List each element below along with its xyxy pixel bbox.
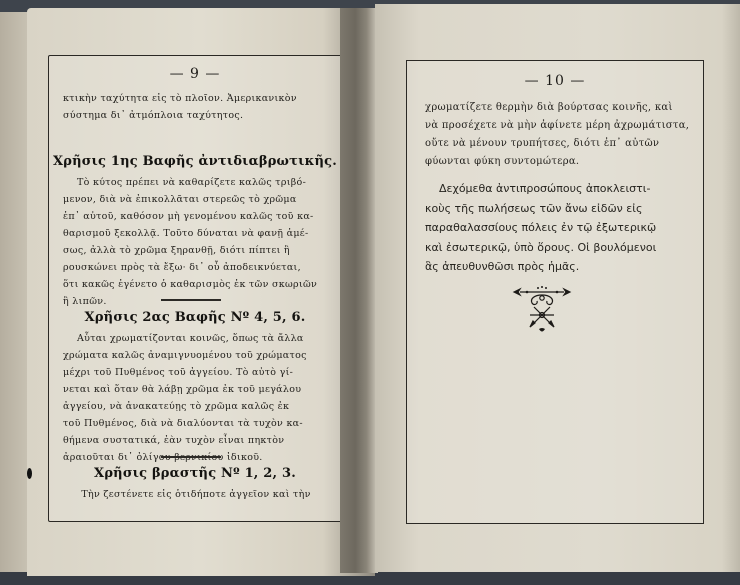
text-line: ἀραιοῦται δι᾽ ὀλίγου βερνικίου ἰδικοῦ. <box>63 449 329 466</box>
section-heading: Χρῆσις 1ης Βαφῆς ἀντιδιαβρωτικῆς. <box>49 154 341 169</box>
page-number: — 10 — <box>407 73 703 89</box>
text-line: σύστημα δι᾽ ἀτμόπλοια ταχύτητος. <box>63 107 329 124</box>
text-line: ἢ λιπῶν. <box>63 293 329 310</box>
text-line: νεται καὶ ὅταν θὰ λάβῃ χρῶμα ἐκ τοῦ μεγά… <box>63 381 329 398</box>
text-line: κοὺς τῆς πωλήσεως τῶν ἄνω εἰδῶν εἰς <box>425 199 689 219</box>
text-line: τοῦ Πυθμένος, διὰ νὰ διαλύονται τὰ τυχὸν… <box>63 415 329 432</box>
ink-mark <box>27 468 32 479</box>
left-page-frame: — 9 — κτικὴν ταχύτητα εἰς τὸ πλοῖον. Ἀμε… <box>48 55 342 522</box>
text-line: θαρισμοῦ ξεκολλᾷ. Τοῦτο δύναται νὰ φανῇ … <box>63 225 329 242</box>
text-line: Αὗται χρωματίζονται κοινῶς, ὅπως τὰ ἄλλα <box>63 330 329 347</box>
text-line: ἐπ᾽ αὐτοῦ, καθόσον μὴ γενομένου καλῶς το… <box>63 208 329 225</box>
text-line: ρουσκώνει πρὸς τὰ ἔξω· δι᾽ οὗ ἀποδεικνύε… <box>63 259 329 276</box>
text-line: καὶ ἐσωτερικῷ, ὑπὸ ὅρους. Οἱ βουλόμενοι <box>425 238 689 258</box>
text-line: μενον, διὰ νὰ ἐπικολλᾶται στερεῶς τὸ χρῶ… <box>63 191 329 208</box>
fleuron-ornament-icon <box>512 283 572 335</box>
text-line: μέχρι τοῦ Πυθμένος τοῦ ἀγγείου. Τὸ αὐτὸ … <box>63 364 329 381</box>
section-body: Τὸ κύτος πρέπει νὰ καθαρίζετε καλῶς τριβ… <box>63 174 329 310</box>
section-divider <box>161 456 221 458</box>
text-line: Τὸ κύτος πρέπει νὰ καθαρίζετε καλῶς τριβ… <box>63 174 329 191</box>
text-line: ἃς ἀπευθυνθῶσι πρὸς ἡμᾶς. <box>425 257 689 277</box>
text-line: οὔτε νὰ μένουν τρυπήτσες, διότι ἐπ᾽ αὐτῶ… <box>425 135 687 153</box>
section-divider <box>161 299 221 301</box>
section-body: Αὗται χρωματίζονται κοινῶς, ὅπως τὰ ἄλλα… <box>63 330 329 466</box>
continuation-text: κτικὴν ταχύτητα εἰς τὸ πλοῖον. Ἀμερικανι… <box>63 90 329 124</box>
section-heading: Χρῆσις βραστῆς Nº 1, 2, 3. <box>49 466 341 481</box>
text-line: χρώματα καλῶς ἀναμιγνυομένου τοῦ χρώματο… <box>63 347 329 364</box>
text-line: φύωνται φύκη συντομώτερα. <box>425 153 687 171</box>
page-number: — 9 — <box>49 66 341 82</box>
section-body: Τὴν ζεστένετε εἰς ὁτιδήποτε ἀγγεῖον καὶ … <box>63 486 329 503</box>
text-line: νὰ προσέχετε νὰ μὴν ἀφίνετε μέρη ἀχρωμάτ… <box>425 117 687 135</box>
text-line: σως, ἀλλὰ τὸ χρῶμα ξηρανθῇ, διότι πίπτει… <box>63 242 329 259</box>
section-heading: Χρῆσις 2ας Βαφῆς Nº 4, 5, 6. <box>49 310 341 325</box>
book-gutter <box>340 8 378 573</box>
text-line: χρωματίζετε θερμὴν διὰ βούρτσας κοινῆς, … <box>425 99 687 117</box>
representatives-notice: Δεχόμεθα ἀντιπροσώπους ἀποκλειστι- κοὺς … <box>425 179 689 277</box>
text-line: ὅτι κακῶς ἐγένετο ὁ καθαρισμὸς ἐκ τῶν σκ… <box>63 276 329 293</box>
text-line: κτικὴν ταχύτητα εἰς τὸ πλοῖον. Ἀμερικανι… <box>63 90 329 107</box>
text-line: Δεχόμεθα ἀντιπροσώπους ἀποκλειστι- <box>425 179 689 199</box>
continuation-text: χρωματίζετε θερμὴν διὰ βούρτσας κοινῆς, … <box>425 99 687 171</box>
text-line: θήμενα συστατικά, ἐὰν τυχὸν εἶναι πηκτὸν <box>63 432 329 449</box>
text-line: παραθαλασσίους πόλεις ἐν τῷ ἐξωτερικῷ <box>425 218 689 238</box>
underlying-page-edge <box>0 12 30 572</box>
text-line: ἀγγείου, νὰ ἀνακατεύῃς τὸ χρῶμα καλῶς ἐκ <box>63 398 329 415</box>
text-line: Τὴν ζεστένετε εἰς ὁτιδήποτε ἀγγεῖον καὶ … <box>63 486 329 503</box>
